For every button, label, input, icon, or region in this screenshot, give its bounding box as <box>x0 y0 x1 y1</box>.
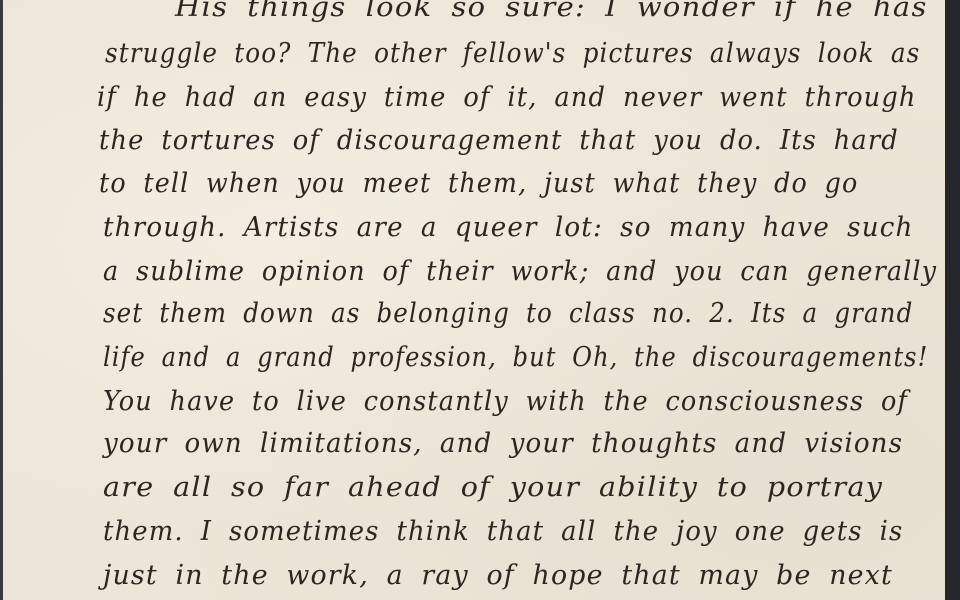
letter-line-1: His things look so sure: I wonder if he … <box>175 0 960 23</box>
letter-page: His things look so sure: I wonder if he … <box>3 0 945 600</box>
letter-line-7: a sublime opinion of their work; and you… <box>103 256 937 287</box>
letter-line-9: life and a grand profession, but Oh, the… <box>103 342 928 373</box>
letter-line-5: to tell when you meet them, just what th… <box>99 168 858 199</box>
letter-line-12: are all so far ahead of your ability to … <box>103 472 883 503</box>
letter-line-10: You have to live constantly with the con… <box>103 386 908 417</box>
letter-line-6: through. Artists are a queer lot: so man… <box>103 212 914 243</box>
letter-line-14: just in the work, a ray of hope that may… <box>103 560 893 591</box>
letter-line-2: struggle too? The other fellow's picture… <box>105 38 920 69</box>
letter-line-4: the tortures of discouragement that you … <box>99 125 899 156</box>
letter-line-3: if he had an easy time of it, and never … <box>97 82 917 113</box>
letter-line-8: set them down as belonging to class no. … <box>103 298 913 329</box>
letter-line-13: them. I sometimes think that all the joy… <box>103 516 903 547</box>
scan-border-right <box>945 0 960 600</box>
letter-line-11: your own limitations, and your thoughts … <box>103 428 903 459</box>
